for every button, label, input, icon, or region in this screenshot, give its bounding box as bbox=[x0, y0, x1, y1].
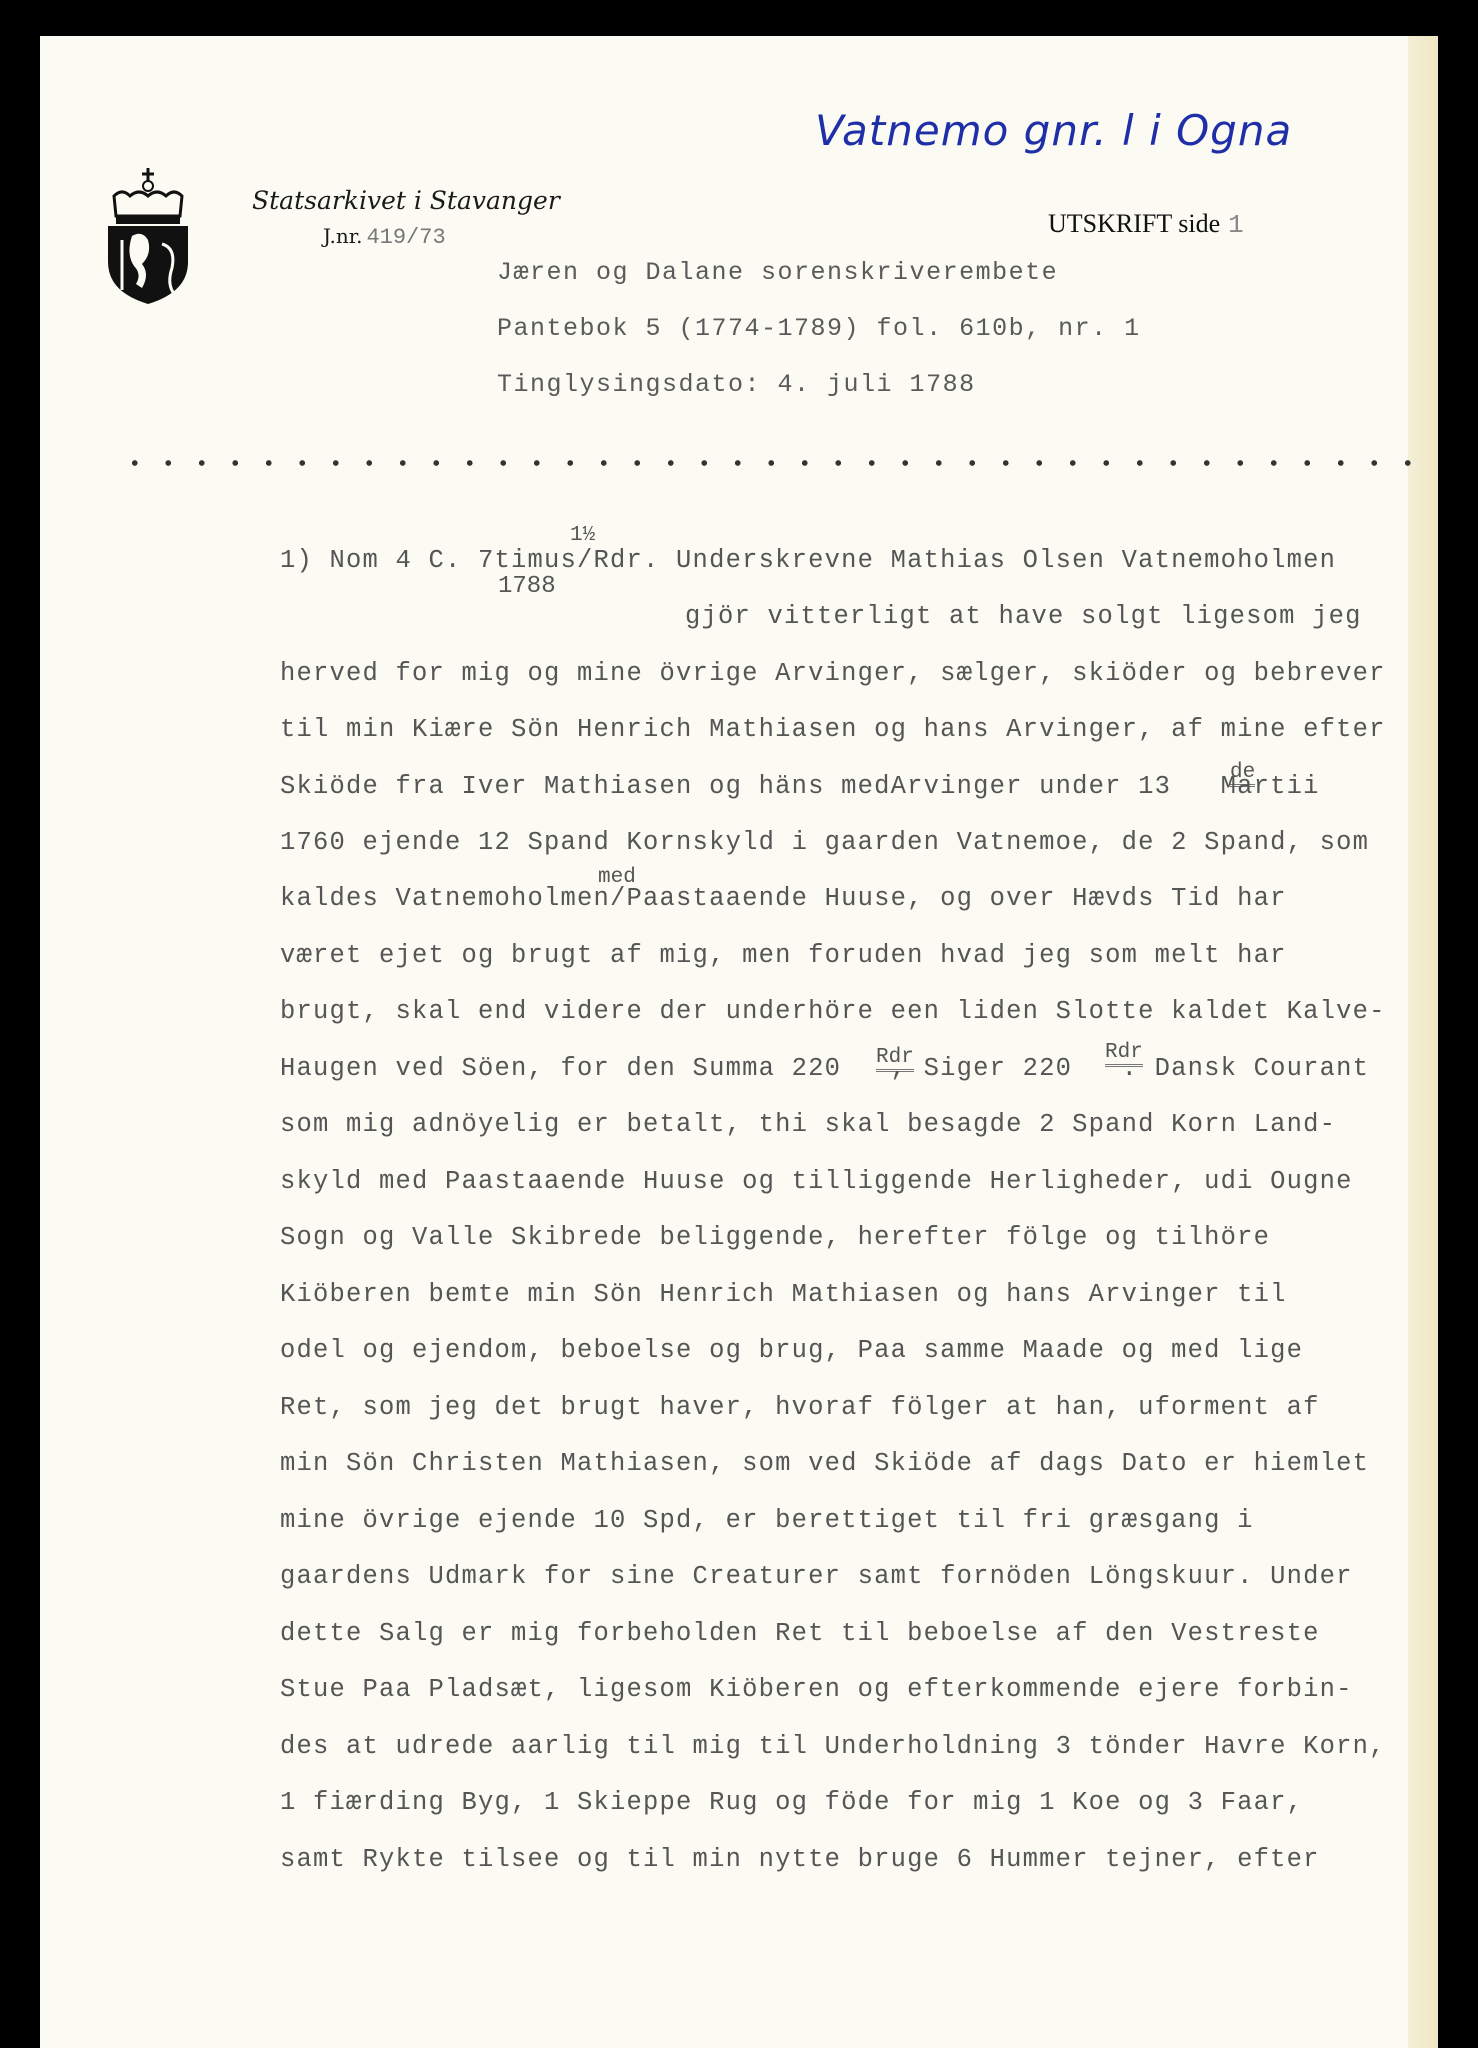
entry-line: des at udrede aarlig til mig til Underho… bbox=[280, 1732, 1386, 1761]
entry-line: dette Salg er mig forbeholden Ret til be… bbox=[280, 1619, 1320, 1648]
entry-line: min Sön Christen Mathiasen, som ved Skiö… bbox=[280, 1449, 1369, 1478]
document-page: Statsarkivet i Stavanger J.nr.419/73 Vat… bbox=[40, 36, 1438, 2048]
journal-number: J.nr.419/73 bbox=[323, 224, 446, 250]
jnr-label: J.nr. bbox=[323, 224, 362, 248]
registration-date: Tinglysingsdato: 4. juli 1788 bbox=[497, 370, 976, 399]
archive-name: Statsarkivet i Stavanger bbox=[252, 186, 560, 215]
entry-line: Skiöde fra Iver Mathiasen og häns medArv… bbox=[280, 772, 1320, 801]
entry-line: brugt, skal end videre der underhöre een… bbox=[280, 997, 1386, 1026]
entry-line: samt Rykte tilsee og til min nytte bruge… bbox=[280, 1845, 1320, 1874]
entry-line: Sogn og Valle Skibrede beliggende, heref… bbox=[280, 1223, 1270, 1252]
source-office: Jæren og Dalane sorenskriverembete bbox=[497, 258, 1058, 287]
superscript-fraction: 1½ bbox=[570, 524, 595, 547]
utskrift-page-label: UTSKRIFT side1 bbox=[1048, 209, 1244, 240]
entry-line: som mig adnöyelig er betalt, thi skal be… bbox=[280, 1110, 1336, 1139]
entry-line: odel og ejendom, beboelse og brug, Paa s… bbox=[280, 1336, 1303, 1365]
entry-line: 1760 ejende 12 Spand Kornskyld i gaarden… bbox=[280, 828, 1369, 857]
year-annotation: 1788 bbox=[498, 573, 556, 600]
entry-line: kaldes Vatnemoholmen/Paastaaende Huuse, … bbox=[280, 884, 1287, 913]
entry-line: Ret, som jeg det brugt haver, hvoraf föl… bbox=[280, 1393, 1320, 1422]
page-edge bbox=[1408, 36, 1438, 2048]
entry-line: Kiöberen bemte min Sön Henrich Mathiasen… bbox=[280, 1280, 1287, 1309]
source-book: Pantebok 5 (1774-1789) fol. 610b, nr. 1 bbox=[497, 314, 1141, 343]
handwritten-note: Vatnemo gnr. l i Ogna bbox=[815, 106, 1292, 155]
entry-line: været ejet og brugt af mig, men foruden … bbox=[280, 941, 1287, 970]
entry-line: gjör vitterligt at have solgt ligesom je… bbox=[685, 602, 1362, 631]
utskrift-page-number: 1 bbox=[1228, 210, 1244, 240]
coat-of-arms-icon bbox=[102, 166, 194, 306]
entry-line: mine övrige ejende 10 Spd, er berettiget… bbox=[280, 1506, 1254, 1535]
entry-line: gaardens Udmark for sine Creaturer samt … bbox=[280, 1562, 1353, 1591]
entry-line: herved for mig og mine övrige Arvinger, … bbox=[280, 659, 1386, 688]
dotted-separator bbox=[118, 458, 1418, 468]
entry-line: Stue Paa Pladsæt, ligesom Kiöberen og ef… bbox=[280, 1675, 1353, 1704]
jnr-value: 419/73 bbox=[366, 225, 445, 250]
entry-line: til min Kiære Sön Henrich Mathiasen og h… bbox=[280, 715, 1386, 744]
entry-line: 1 fiærding Byg, 1 Skieppe Rug og föde fo… bbox=[280, 1788, 1303, 1817]
entry-line: skyld med Paastaaende Huuse og tilliggen… bbox=[280, 1167, 1353, 1196]
utskrift-label: UTSKRIFT side bbox=[1048, 209, 1220, 238]
entry-line: Haugen ved Söen, for den Summa 220 , Sig… bbox=[280, 1054, 1369, 1083]
entry-line: 1) Nom 4 C. 7timus/Rdr. Underskrevne Mat… bbox=[280, 546, 1336, 575]
